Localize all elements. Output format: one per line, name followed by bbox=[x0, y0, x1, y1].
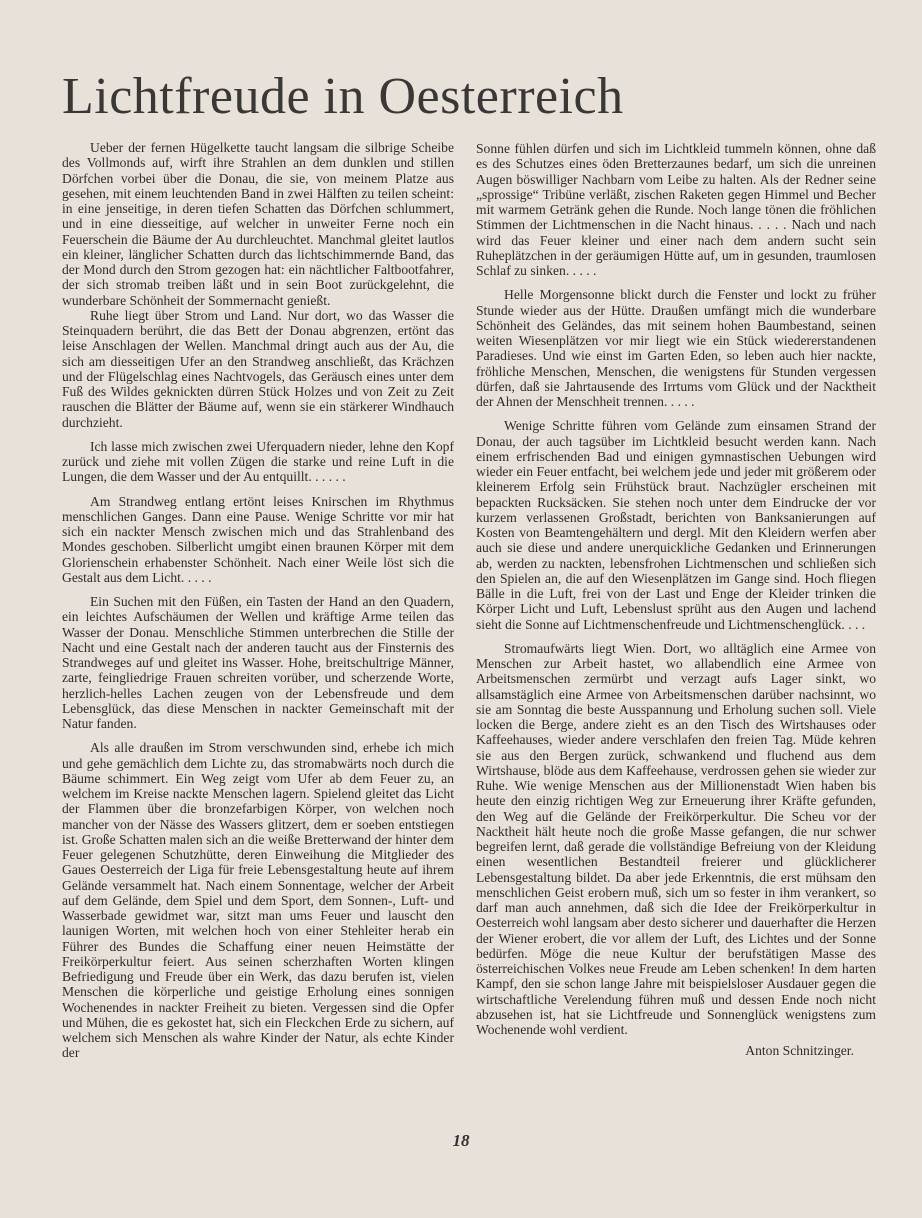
paragraph: Wenige Schritte führen vom Gelände zum e… bbox=[476, 418, 876, 632]
paragraph: Ruhe liegt über Strom und Land. Nur dort… bbox=[62, 308, 454, 430]
left-column: Ueber der fernen Hügelkette taucht langs… bbox=[62, 140, 454, 1061]
magazine-page: Lichtfreude in Oesterreich Ueber der fer… bbox=[0, 0, 922, 1218]
paragraph: Ein Suchen mit den Füßen, ein Tasten der… bbox=[62, 594, 454, 731]
article-title: Lichtfreude in Oesterreich bbox=[62, 62, 624, 132]
paragraph: Helle Morgensonne blickt durch die Fenst… bbox=[476, 287, 876, 409]
paragraph: Stromaufwärts liegt Wien. Dort, wo alltä… bbox=[476, 641, 876, 1038]
paragraph: Ueber der fernen Hügelkette taucht langs… bbox=[62, 140, 454, 308]
page-number: 18 bbox=[0, 1131, 922, 1151]
paragraph: Ich lasse mich zwischen zwei Uferquadern… bbox=[62, 439, 454, 485]
author-signature: Anton Schnitzinger. bbox=[476, 1043, 876, 1058]
paragraph: Als alle draußen im Strom verschwunden s… bbox=[62, 740, 454, 1060]
paragraph-continued: Sonne fühlen dürfen und sich im Lichtkle… bbox=[476, 141, 876, 278]
paragraph: Am Strandweg entlang ertönt leises Knirs… bbox=[62, 494, 454, 586]
right-column: Sonne fühlen dürfen und sich im Lichtkle… bbox=[476, 141, 876, 1059]
